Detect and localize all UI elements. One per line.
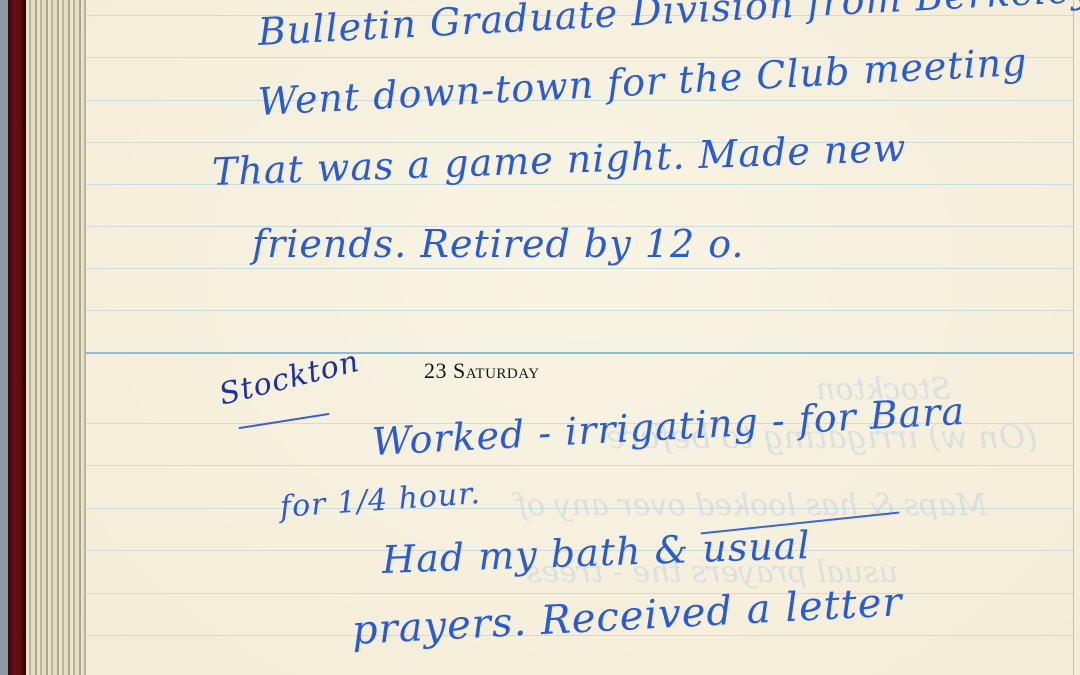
- bleed-through-text: Maps & has looked over any of: [516, 488, 987, 523]
- handwritten-line: friends. Retired by 12 o.: [252, 222, 745, 266]
- ruled-line: [86, 310, 1074, 311]
- book-binding: [8, 0, 26, 675]
- date-heading: 23 Saturday: [424, 358, 540, 384]
- ruled-line: [86, 465, 1074, 466]
- ruled-line: [86, 268, 1074, 269]
- ruled-line: [86, 593, 1074, 594]
- diary-scan: Stockton (On w) irrigating to before Map…: [0, 0, 1080, 675]
- page-edges: [26, 0, 87, 675]
- date-day-number: 23: [424, 358, 447, 383]
- date-weekday: Saturday: [453, 358, 540, 383]
- page-right-edge: [1073, 0, 1074, 675]
- date-divider-line: [86, 352, 1074, 354]
